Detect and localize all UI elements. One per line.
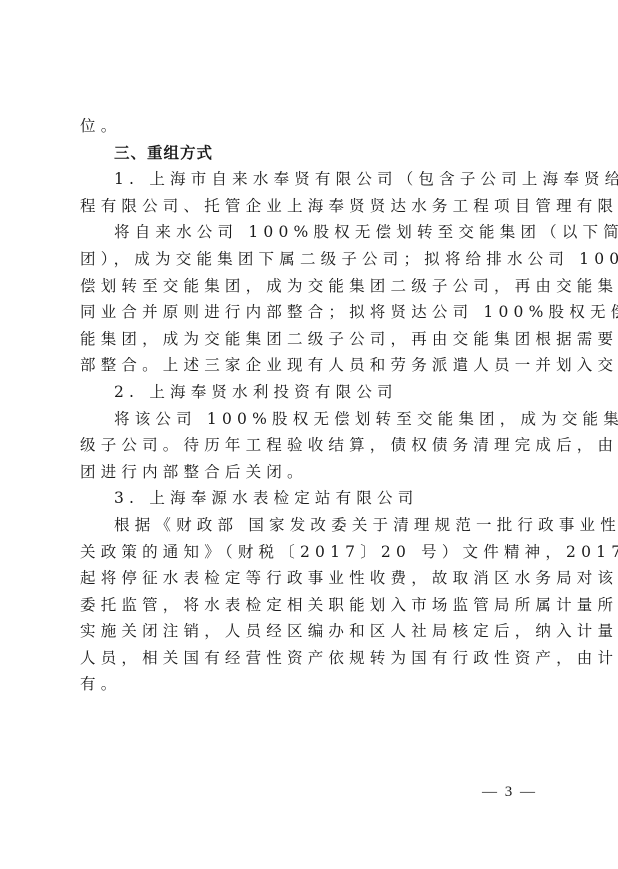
text-line: 偿划转至交能集团，成为交能集团二级子公司，再由交能集团根据 xyxy=(80,273,540,300)
subsection-title: 1. 上海市自来水奉贤有限公司（包含子公司上海奉贤给排水工 xyxy=(80,166,540,193)
text-line: 团），成为交能集团下属二级子公司；拟将给排水公司 100%股权无 xyxy=(80,246,540,273)
paragraph-start: 将该公司 100%股权无偿划转至交能集团，成为交能集团下属二 xyxy=(80,406,540,433)
text-line: 级子公司。待历年工程验收结算，债权债务清理完成后，由交能集 xyxy=(80,432,540,459)
text-line: 实施关闭注销，人员经区编办和区人社局核定后，纳入计量所非编 xyxy=(80,618,540,645)
text-line: 关政策的通知》（财税〔2017〕20 号）文件精神，2017 年 4 月 1 日 xyxy=(80,539,540,566)
text-line: 起将停征水表检定等行政事业性收费，故取消区水务局对该公司的 xyxy=(80,565,540,592)
text-line: 程有限公司、托管企业上海奉贤贤达水务工程项目管理有限公司） xyxy=(80,193,540,220)
section-heading: 三、重组方式 xyxy=(80,140,540,167)
paragraph-start: 将自来水公司 100%股权无偿划转至交能集团（以下简称交能集 xyxy=(80,219,540,246)
subsection-title: 2. 上海奉贤水利投资有限公司 xyxy=(80,379,540,406)
document-body: 位。 三、重组方式 1. 上海市自来水奉贤有限公司（包含子公司上海奉贤给排水工 … xyxy=(80,113,540,698)
text-line: 能集团，成为交能集团二级子公司，再由交能集团根据需要进行内 xyxy=(80,326,540,353)
text-line: 团进行内部整合后关闭。 xyxy=(80,459,540,486)
text-line: 部整合。上述三家企业现有人员和劳务派遣人员一并划入交能集团。 xyxy=(80,352,540,379)
text-line: 委托监管，将水表检定相关职能划入市场监管局所属计量所，企业 xyxy=(80,592,540,619)
document-page: 位。 三、重组方式 1. 上海市自来水奉贤有限公司（包含子公司上海奉贤给排水工 … xyxy=(0,0,618,869)
page-number: — 3 — xyxy=(482,784,537,801)
text-line: 人员，相关国有经营性资产依规转为国有行政性资产，由计量所持 xyxy=(80,645,540,672)
subsection-title: 3. 上海奉源水表检定站有限公司 xyxy=(80,485,540,512)
paragraph-start: 根据《财政部 国家发改委关于清理规范一批行政事业性收费有 xyxy=(80,512,540,539)
text-line: 位。 xyxy=(80,113,540,140)
text-line: 有。 xyxy=(80,671,540,698)
text-line: 同业合并原则进行内部整合；拟将贤达公司 100%股权无偿划转至交 xyxy=(80,299,540,326)
